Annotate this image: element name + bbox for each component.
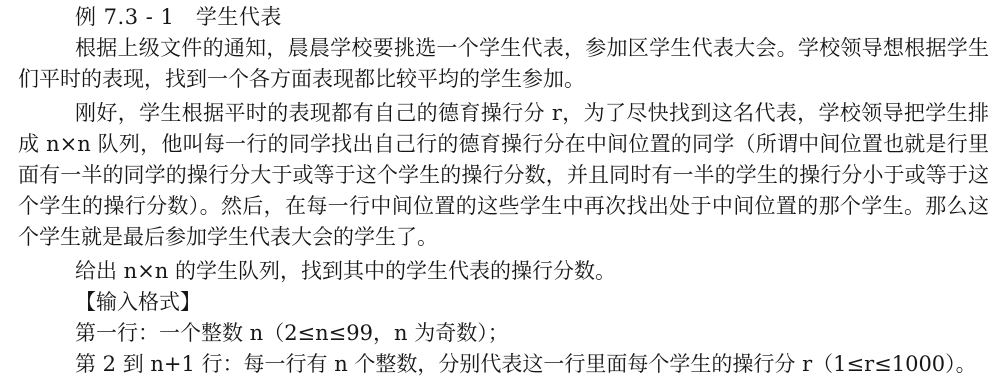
paragraph-task: 给出 n×n 的学生队列，找到其中的学生代表的操行分数。 <box>18 256 989 287</box>
paragraph-intro: 根据上级文件的通知，晨晨学校要挑选一个学生代表，参加区学生代表大会。学校领导想根… <box>18 33 989 95</box>
paragraph-rules: 刚好，学生根据平时的表现都有自己的德育操行分 r，为了尽快找到这名代表，学校领导… <box>18 98 989 253</box>
input-format-line-2: 第 2 到 n+1 行：每一行有 n 个整数，分别代表这一行里面每个学生的操行分… <box>18 349 989 380</box>
input-format-line-1: 第一行：一个整数 n（2≤n≤99，n 为奇数）； <box>18 318 989 349</box>
textbook-page: 例 7.3 - 1 学生代表 根据上级文件的通知，晨晨学校要挑选一个学生代表，参… <box>0 0 1002 392</box>
example-heading: 例 7.3 - 1 学生代表 <box>18 2 989 33</box>
input-format-label: 【输入格式】 <box>18 287 989 318</box>
